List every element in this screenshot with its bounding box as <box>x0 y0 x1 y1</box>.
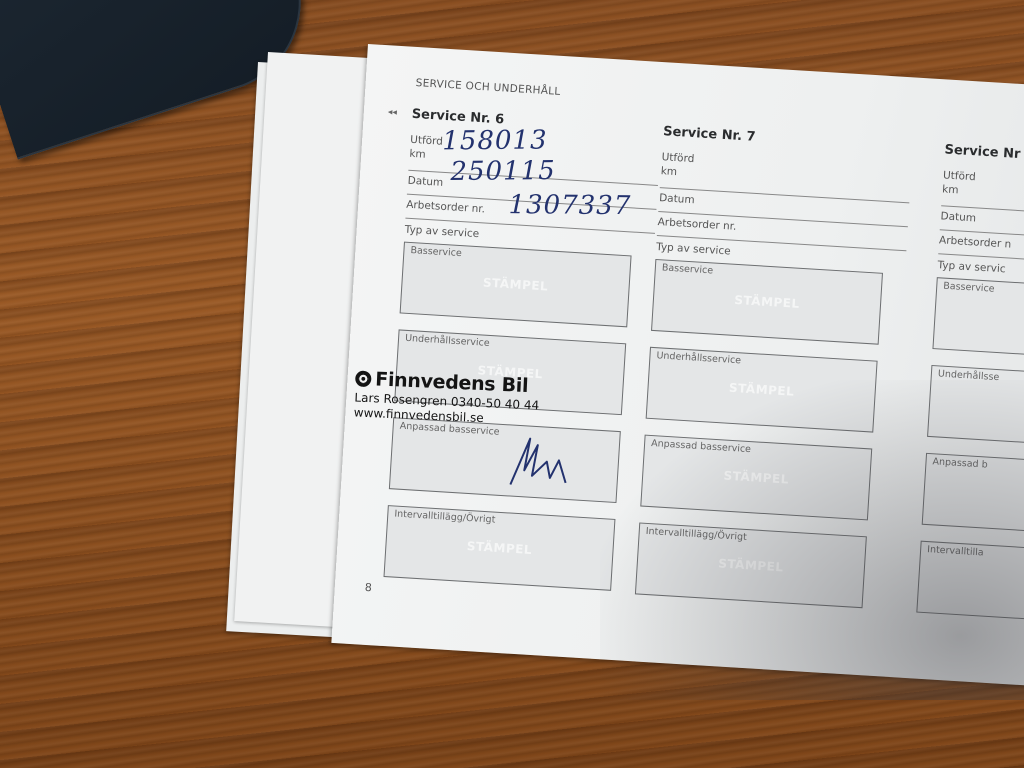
service-8-column: Service Nr Utförd km Datum Arbetsorder n… <box>915 142 1024 643</box>
box-label: Underhållsservice <box>405 333 490 349</box>
stamp-box-underhallsservice: Underhållsservice STÄMPEL <box>646 347 878 433</box>
stamp-watermark: STÄMPEL <box>638 551 864 579</box>
km-label: km <box>660 165 677 178</box>
arbetsorder-label: Arbetsorder nr. <box>657 216 736 233</box>
km-label: km <box>409 148 426 161</box>
utford-label: Utförd <box>661 151 694 165</box>
handwritten-date: 250115 <box>450 156 556 187</box>
box-label: Intervalltilla <box>927 544 984 558</box>
back-arrows-icon: ◂◂ <box>388 107 398 118</box>
stamp-watermark: STÄMPEL <box>643 464 869 492</box>
handwritten-order-number: 1307337 <box>508 190 631 221</box>
arbetsorder-label: Arbetsorder nr. <box>406 199 485 216</box>
stamp-watermark: STÄMPEL <box>386 534 612 562</box>
utford-label: Utförd <box>410 134 443 148</box>
box-label: Anpassad b <box>932 456 988 470</box>
service-title: Service Nr. 7 <box>663 124 913 154</box>
page-number: 8 <box>364 581 372 594</box>
signature-icon <box>505 429 579 493</box>
stamp-box-basservice: Basservice STÄMPEL <box>400 242 632 328</box>
stamp-box-underhallsservice: Underhållsse <box>927 365 1024 451</box>
stamp-watermark: STÄMPEL <box>402 271 628 299</box>
utford-label: Utförd <box>943 169 976 183</box>
stamp-watermark: STÄMPEL <box>648 376 874 404</box>
stamp-box-anpassad: Anpassad basservice <box>389 417 621 503</box>
stamp-box-intervall: Intervalltilla <box>916 541 1024 627</box>
stamp-box-basservice: Basservice STÄMPEL <box>651 259 883 345</box>
stamp-box-intervall: Intervalltillägg/Övrigt STÄMPEL <box>383 505 615 591</box>
box-label: Basservice <box>410 245 462 259</box>
box-label: Basservice <box>943 281 995 295</box>
handwritten-km: 158013 <box>442 125 548 156</box>
box-label: Anpassad basservice <box>651 438 751 455</box>
box-label: Underhållsse <box>938 368 1000 383</box>
service-7-column: Service Nr. 7 Utförd km Datum Arbetsorde… <box>634 124 913 625</box>
box-label: Intervalltillägg/Övrigt <box>394 508 496 525</box>
km-label: km <box>942 183 959 196</box>
datum-label: Datum <box>940 210 976 224</box>
stamp-box-basservice: Basservice <box>932 277 1024 363</box>
arbetsorder-label: Arbetsorder n <box>939 234 1012 250</box>
wheel-logo-icon <box>355 370 372 387</box>
stamp-box-anpassad: Anpassad basservice STÄMPEL <box>640 435 872 521</box>
datum-label: Datum <box>407 175 443 189</box>
stamp-watermark: STÄMPEL <box>654 288 880 316</box>
box-label: Intervalltillägg/Övrigt <box>645 526 747 543</box>
section-title: SERVICE OCH UNDERHÅLL <box>415 77 561 98</box>
stamp-box-anpassad: Anpassad b <box>922 453 1024 539</box>
box-label: Underhållsservice <box>656 350 741 366</box>
service-book-page: SERVICE OCH UNDERHÅLL ◂◂ Service Nr. 6 U… <box>331 44 1024 690</box>
dealer-stamp: Finnvedens Bil Lars Rosengren 0340-50 40… <box>354 367 541 427</box>
stamp-box-intervall: Intervalltillägg/Övrigt STÄMPEL <box>635 522 867 608</box>
datum-label: Datum <box>659 192 695 206</box>
box-label: Basservice <box>662 262 714 276</box>
service-title: Service Nr <box>944 142 1024 172</box>
